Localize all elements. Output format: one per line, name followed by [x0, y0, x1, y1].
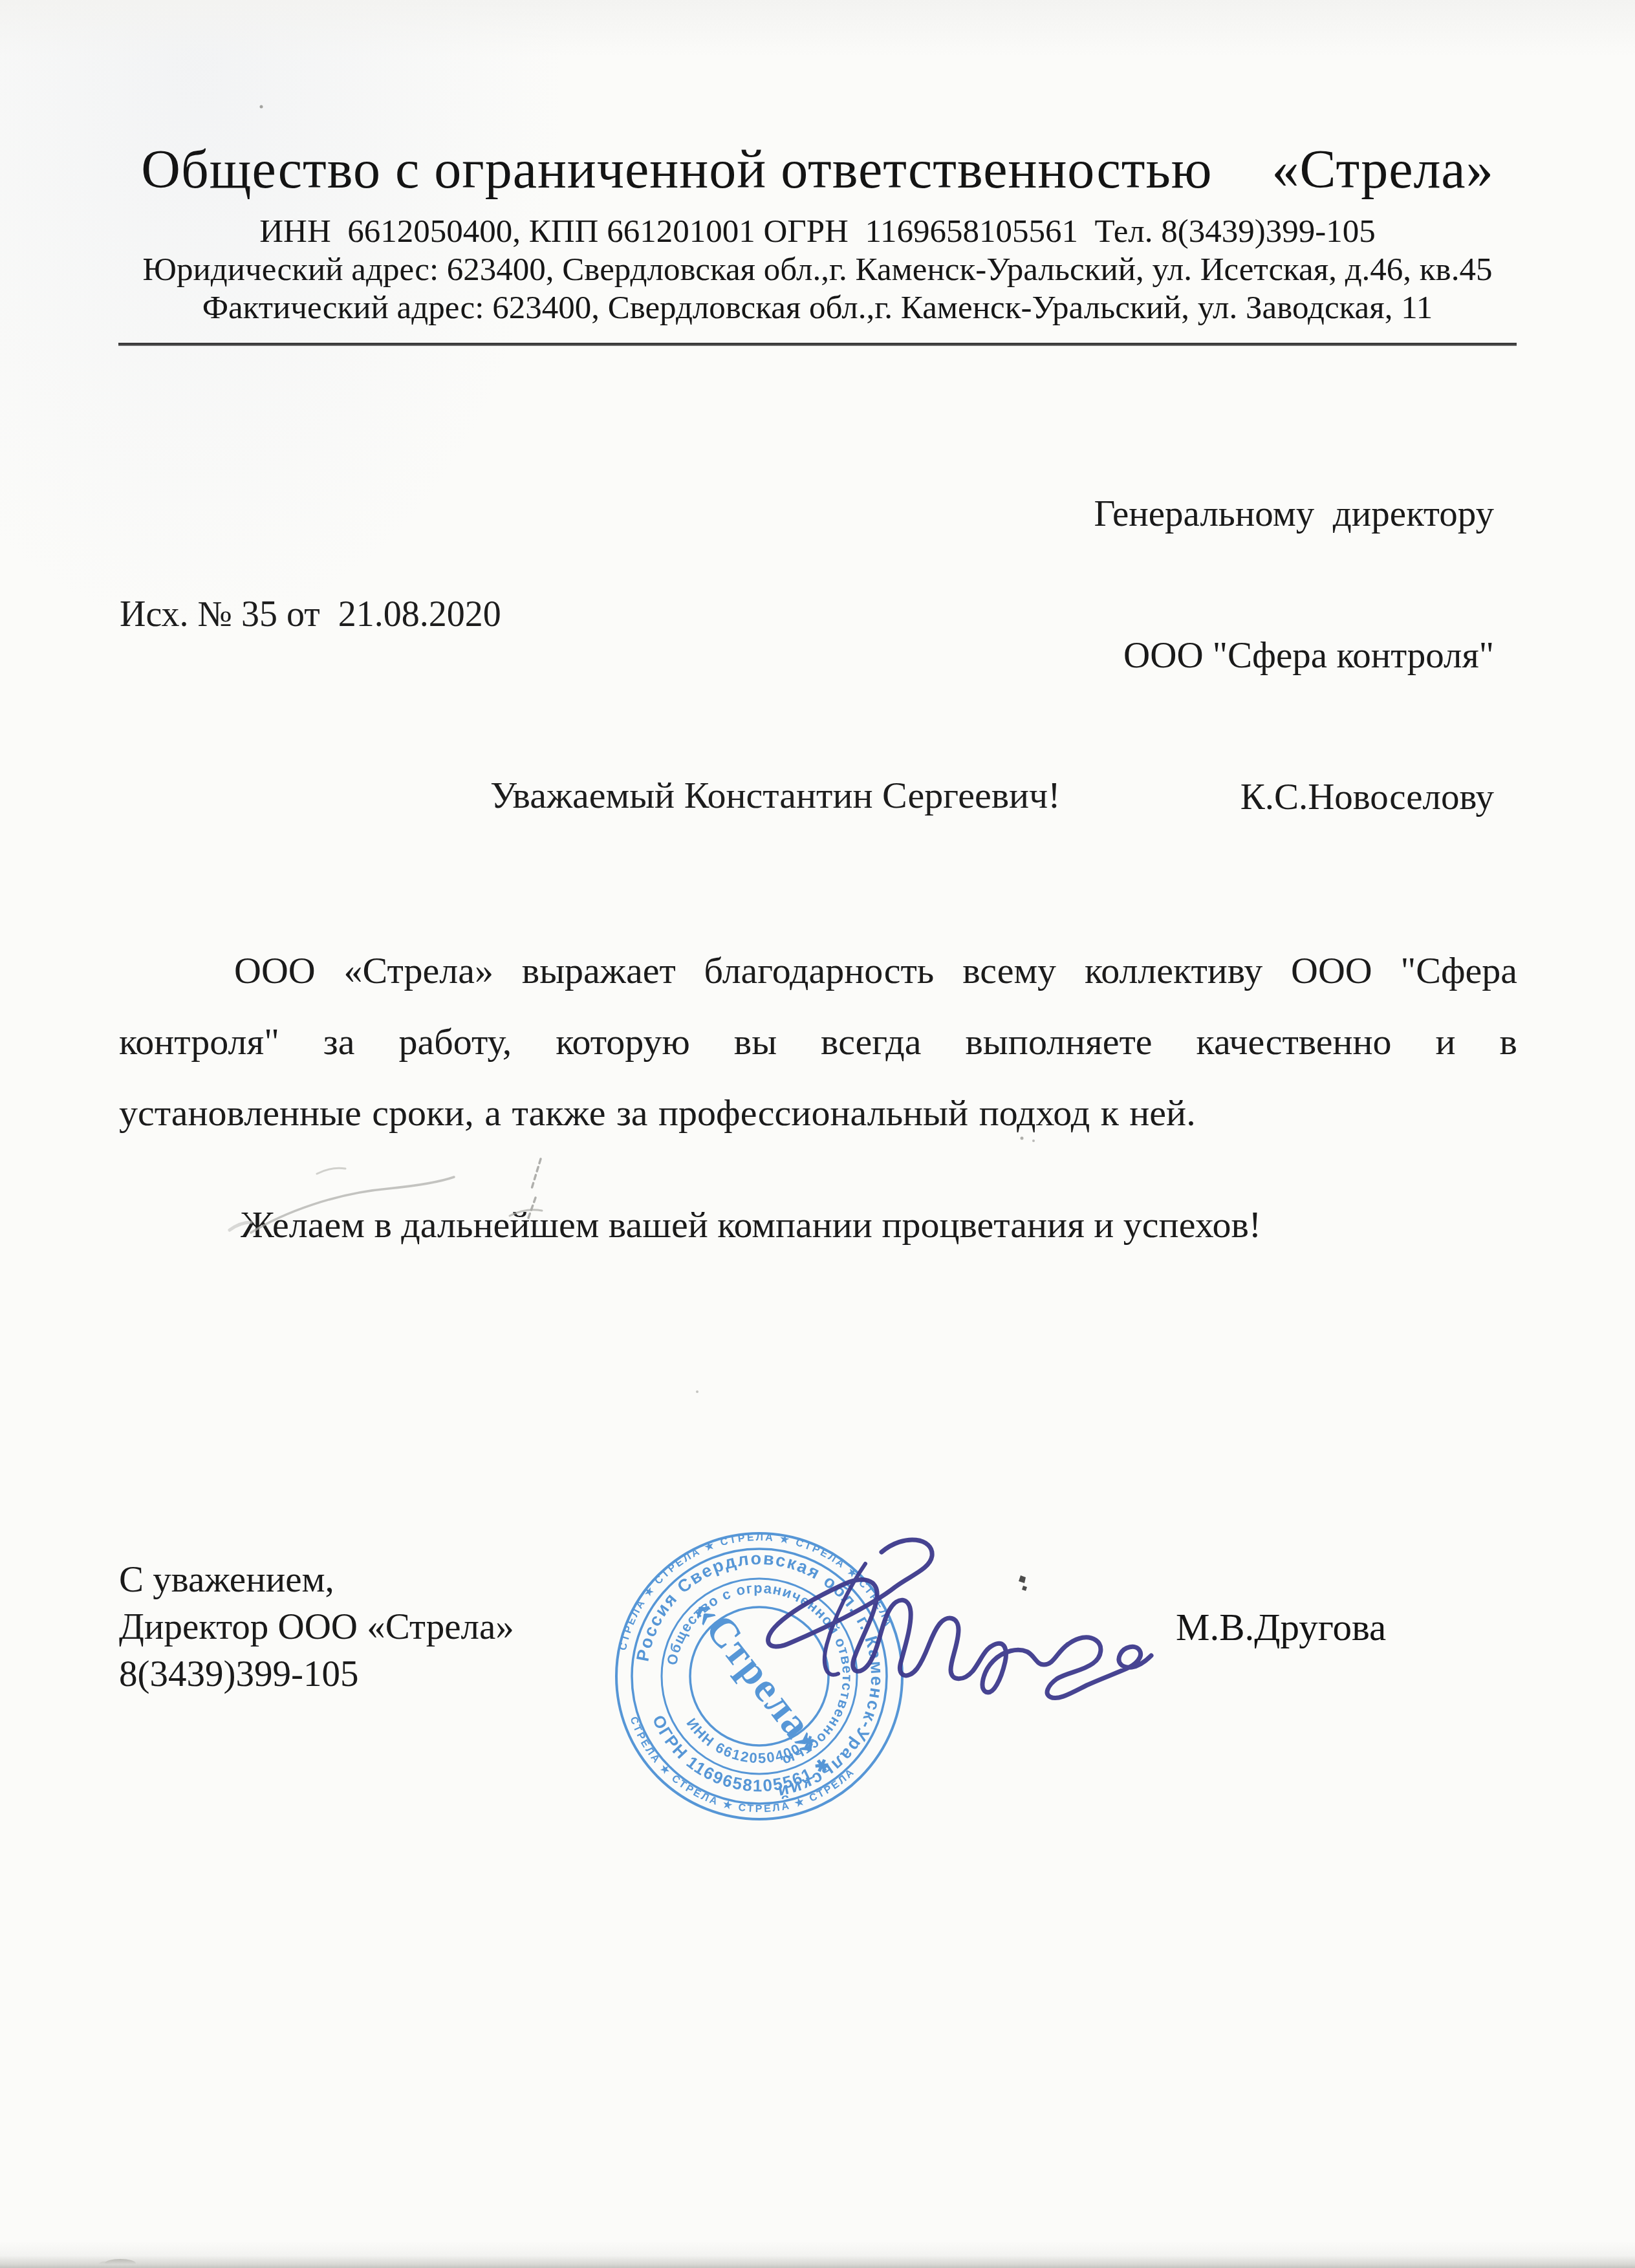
body-paragraph-2: Желаем в дальнейшем вашей компании процв…	[241, 1203, 1261, 1246]
recipient-block: Генеральному директору ООО "Сфера контро…	[983, 396, 1494, 915]
signer-name: М.В.Другова	[1176, 1605, 1386, 1650]
actual-address: Фактический адрес: 623400, Свердловская …	[0, 290, 1635, 326]
letterhead: Общество с ограниченной ответственностью…	[0, 141, 1635, 200]
recipient-line: ООО "Сфера контроля"	[983, 632, 1494, 679]
signoff-line: Директор ООО «Стрела»	[119, 1603, 514, 1650]
scanner-bottom-edge	[0, 2256, 1635, 2268]
body-line: установленные сроки, а также за професси…	[119, 1077, 1517, 1149]
company-requisites: ИНН 6612050400, КПП 661201001 ОГРН 11696…	[0, 213, 1635, 250]
recipient-line: Генеральному директору	[983, 490, 1494, 537]
body-line: ООО «Стрела» выражает благодарность всем…	[119, 935, 1517, 1006]
signoff-line: 8(3439)399-105	[119, 1650, 514, 1698]
scanned-letter-page: Общество с ограниченной ответственностью…	[0, 0, 1635, 2268]
header-divider-line	[118, 343, 1517, 346]
body-paragraph-1: ООО «Стрела» выражает благодарность всем…	[119, 935, 1517, 1149]
body-line: контроля" за работу, которую вы всегда в…	[119, 1006, 1517, 1077]
company-name-text: «Стрела»	[1272, 141, 1494, 200]
reference-number: Исх. № 35 от 21.08.2020	[120, 594, 501, 635]
signoff-block: С уважением, Директор ООО «Стрела» 8(343…	[119, 1556, 514, 1698]
signoff-line: С уважением,	[119, 1556, 514, 1603]
legal-address: Юридический адрес: 623400, Свердловская …	[0, 252, 1635, 288]
company-type-text: Общество с ограниченной ответственностью	[141, 141, 1212, 200]
salutation: Уважаемый Константин Сергеевич!	[490, 773, 1061, 817]
handwritten-signature	[744, 1525, 1196, 1732]
